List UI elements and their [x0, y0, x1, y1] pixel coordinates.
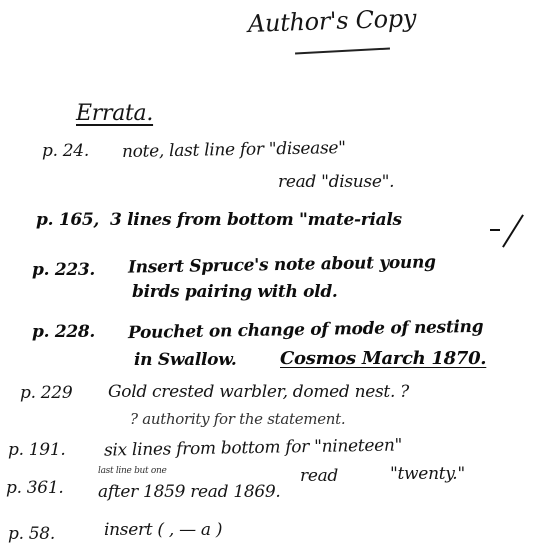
margin-mark-slash [502, 214, 524, 247]
errata-page-ref: p. 229 [20, 383, 72, 403]
errata-entry-line: 3 lines from bottom "mate-rials [110, 210, 402, 230]
errata-entry-line: six lines from bottom for "nineteen" [104, 435, 402, 460]
errata-entry-line: Gold crested warbler, domed nest. ? [108, 382, 409, 402]
errata-entry-line: ? authority for the statement. [130, 410, 345, 428]
errata-page: Author's Copy Errata. p. 24. note, last … [0, 0, 550, 557]
errata-page-ref: p. 58. [8, 524, 55, 544]
errata-entry-line: after 1859 read 1869. [98, 482, 281, 502]
authors-copy-annotation: Author's Copy [248, 4, 417, 38]
annotation-underline [295, 48, 390, 54]
errata-entry-superscript: last line but one [98, 466, 167, 476]
errata-entry-line: read [300, 466, 338, 486]
errata-page-ref: p. 165, [36, 210, 99, 230]
errata-entry-line: note, last line for "disease" [122, 138, 346, 162]
errata-entry-line: Pouchet on change of mode of nesting [128, 317, 484, 343]
errata-entry-line: in Swallow. [134, 350, 236, 370]
errata-heading: Errata. [76, 101, 153, 126]
errata-entry-line: Insert Spruce's note about young [128, 252, 436, 277]
errata-page-ref: p. 228. [32, 322, 95, 342]
errata-page-ref: p. 223. [32, 260, 95, 280]
errata-entry-line: birds pairing with old. [132, 282, 338, 302]
errata-page-ref: p. 361. [6, 478, 63, 498]
errata-entry-line: read "disuse". [278, 172, 394, 192]
errata-entry-line: "twenty." [390, 464, 465, 484]
errata-page-ref: p. 24. [42, 141, 89, 161]
errata-entry-line: insert ( , — a ) [104, 520, 222, 540]
errata-entry-line: Cosmos March 1870. [280, 348, 486, 369]
errata-page-ref: p. 191. [8, 440, 65, 460]
margin-mark-dash [490, 229, 500, 231]
